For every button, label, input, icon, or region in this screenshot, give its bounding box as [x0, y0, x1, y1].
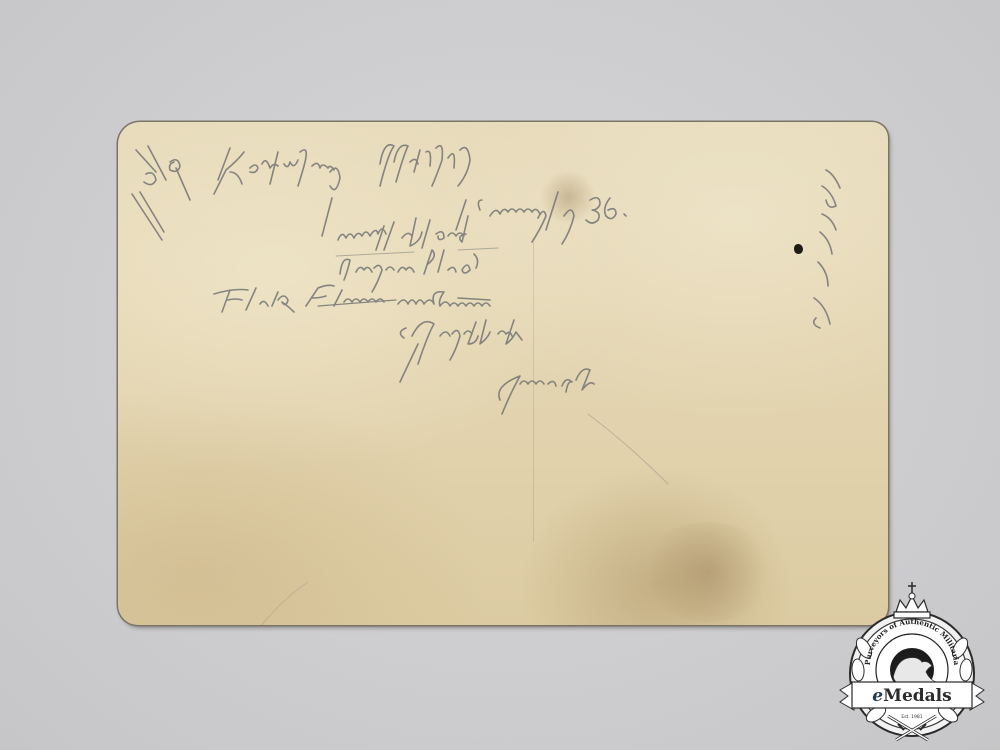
- watermark-established: Est. 1981: [901, 714, 922, 720]
- postcard-reverse: Körlügung sehlt. Lip Lu Erung 36. mittel…: [118, 122, 888, 625]
- crowned-laurel-badge-icon: Purveyors of Authentic Militaria eMedals…: [836, 578, 988, 746]
- watermark-brand-prefix: e: [872, 686, 883, 706]
- emedals-watermark-logo: Purveyors of Authentic Militaria eMedals…: [836, 578, 988, 746]
- svg-text:eMedals: eMedals: [872, 686, 951, 706]
- pencil-handwriting: [118, 122, 888, 625]
- watermark-brand-name: Medals: [883, 686, 952, 706]
